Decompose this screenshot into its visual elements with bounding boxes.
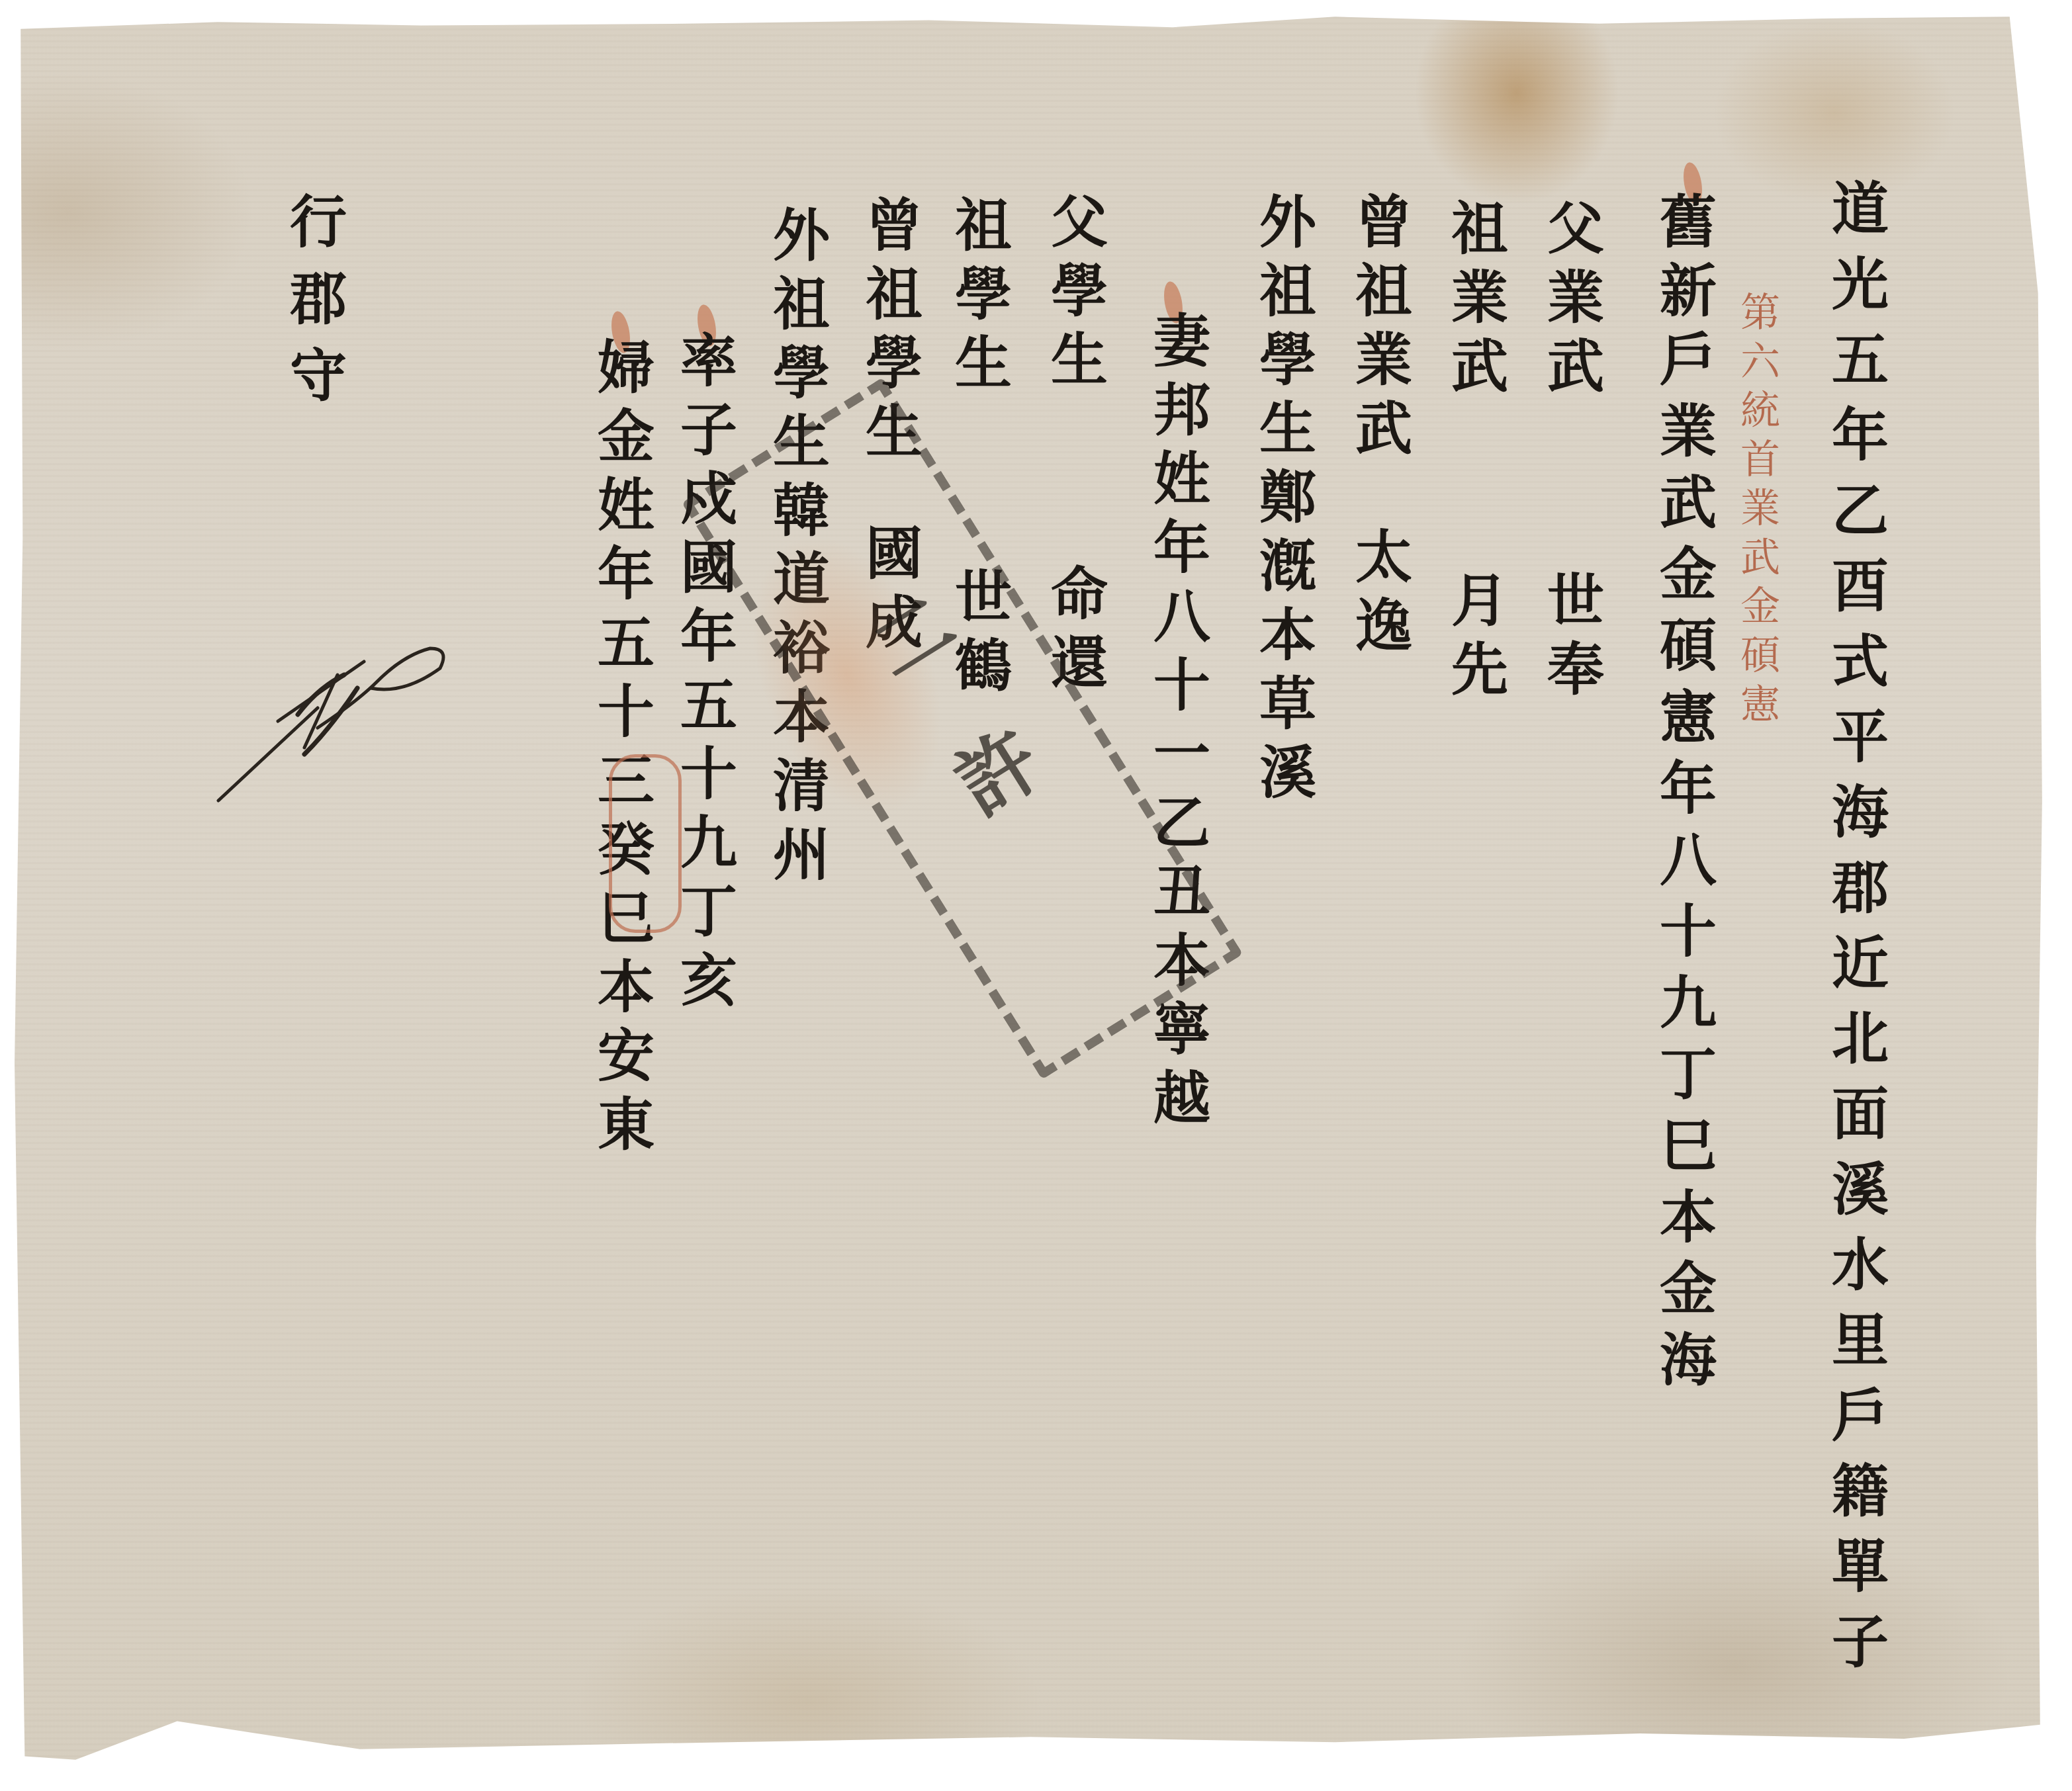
householder-column: 舊新戶業武金碩憲年八十九丁巳本金海 (1654, 192, 1711, 1401)
wife-column: 妻邦姓年八十一乙丑本寧越 (1148, 311, 1205, 1137)
relation-label: 祖學生 (945, 195, 1012, 402)
relation-label: 祖業武 (1441, 198, 1508, 405)
daughter-in-law-column: 婦金姓年五十三癸巳本安東 (592, 337, 649, 1163)
daughter-in-law-origin: 本安東 (588, 957, 654, 1163)
header-column: 道光五年乙酉式平海郡近北面溪水里戶籍單子 (1826, 179, 1883, 1687)
householder-great-grandfather: 曾祖業武太逸 (1350, 192, 1407, 664)
son-column: 率子戍國年五十九丁亥 (675, 331, 732, 1019)
ancestor-name: 世奉 (1537, 570, 1604, 708)
relation-label: 父學生 (1041, 192, 1108, 398)
relation-label: 父業武 (1537, 198, 1604, 405)
wife-father: 父學生命還 (1046, 192, 1103, 701)
ancestor-name: 太逸 (1345, 527, 1412, 664)
householder-text: 戶業武金碩憲年八十九丁巳本金海 (1650, 329, 1717, 1401)
householder-prefix: 舊新 (1650, 192, 1717, 329)
householder-grandfather: 祖業武月先 (1446, 198, 1503, 708)
ancestor-name: 月先 (1441, 570, 1508, 708)
signature-mark (205, 582, 457, 807)
relation-label: 曾祖業武 (1345, 192, 1412, 467)
red-annotation: 第六統首業武金碩憲 (1737, 291, 1777, 732)
official-title: 行郡守 (285, 192, 341, 422)
red-circle-mark (609, 754, 682, 933)
householder-father: 父業武世奉 (1542, 198, 1599, 708)
householder-maternal-grandfather: 外祖學生鄭漑本草溪 (1254, 192, 1311, 811)
